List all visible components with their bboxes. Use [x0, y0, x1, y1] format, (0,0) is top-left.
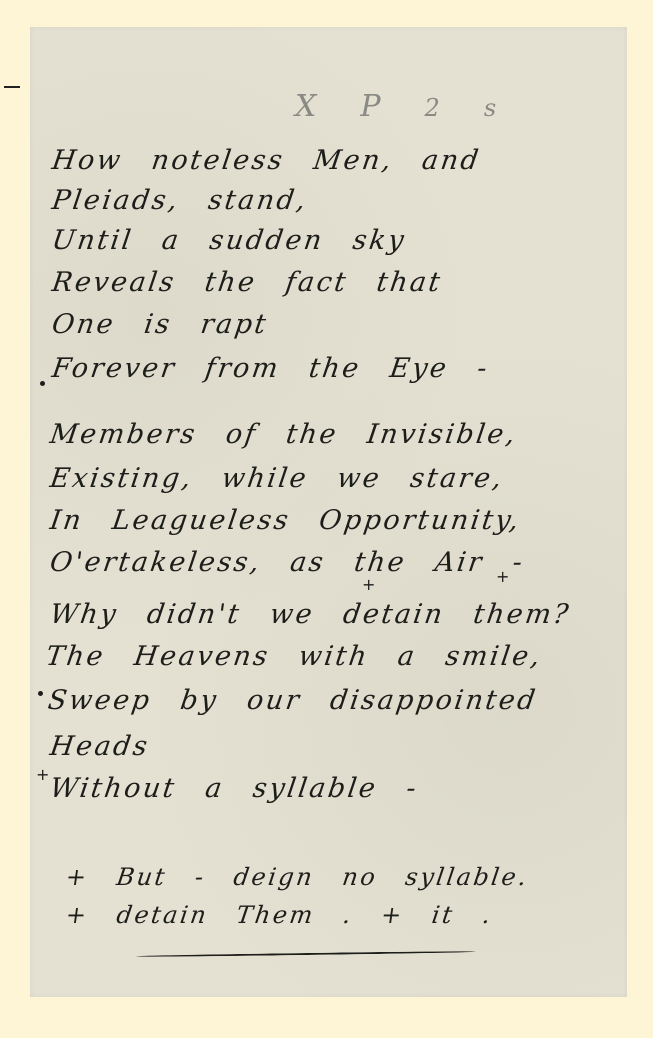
- variant-line: + detain Them . + it .: [64, 901, 495, 929]
- variant-marker: +: [36, 765, 49, 784]
- poem-line: Sweep by our disappointed: [46, 685, 539, 716]
- poem-line: The Heavens with a smile,: [44, 641, 544, 672]
- pencil-mark-p: P: [360, 89, 424, 124]
- poem-line: One is rapt: [50, 309, 270, 340]
- poem-line: Without a syllable -: [48, 773, 420, 804]
- poem-line: Pleiads, stand,: [50, 185, 310, 216]
- poem-line: Until a sudden sky: [50, 225, 408, 256]
- ink-dot: [40, 381, 45, 386]
- poem-line: Existing, while we stare,: [48, 463, 506, 494]
- poem-line: Why didn't we detain them?: [48, 599, 573, 630]
- manuscript-page: XP2s How noteless Men, and Pleiads, stan…: [30, 27, 627, 997]
- pencil-mark-page-number: 2s: [425, 94, 541, 122]
- variant-line: + But - deign no syllable.: [64, 863, 530, 891]
- closing-rule: [136, 951, 476, 958]
- poem-line: O'ertakeless, as the Air -: [48, 547, 527, 578]
- pencil-mark-x: X: [295, 89, 360, 124]
- pencil-annotations: XP2s: [295, 89, 540, 124]
- variant-marker: +: [362, 575, 375, 594]
- poem-line: Reveals the fact that: [50, 267, 444, 298]
- ink-dot: [38, 691, 43, 696]
- variant-marker: +: [496, 567, 509, 586]
- poem-line: Forever from the Eye -: [50, 353, 491, 384]
- poem-line: In Leagueless Opportunity,: [48, 505, 523, 536]
- margin-mark: [4, 86, 20, 88]
- poem-line: Members of the Invisible,: [48, 419, 519, 450]
- poem-line: How noteless Men, and: [50, 145, 483, 176]
- poem-line: Heads: [48, 731, 152, 762]
